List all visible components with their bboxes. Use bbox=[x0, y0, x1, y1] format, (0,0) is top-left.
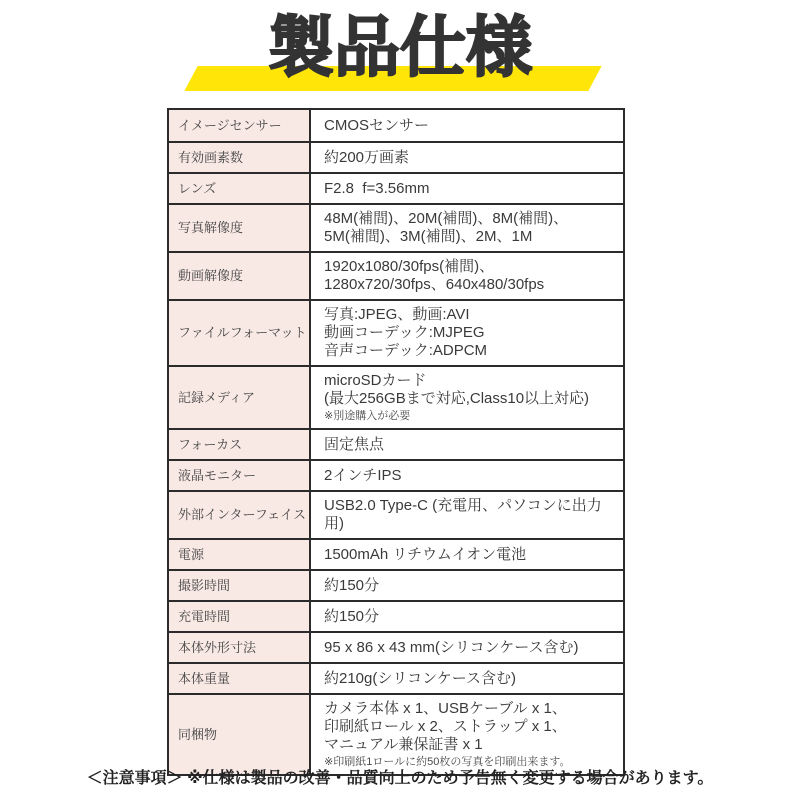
spec-label: 電源 bbox=[169, 540, 311, 569]
spec-label: 液晶モニター bbox=[169, 461, 311, 490]
spec-value-line: USB2.0 Type-C (充電用、パソコンに出力用) bbox=[324, 497, 617, 533]
spec-label: 本体外形寸法 bbox=[169, 633, 311, 662]
page-title: 製品仕様 bbox=[0, 6, 800, 89]
spec-value-line: 約210g(シリコンケース含む) bbox=[324, 670, 617, 688]
spec-value: 2インチIPS bbox=[311, 461, 623, 490]
spec-value-line: CMOSセンサー bbox=[324, 117, 617, 135]
spec-label: ファイルフォーマット bbox=[169, 301, 311, 365]
spec-value: 95 x 86 x 43 mm(シリコンケース含む) bbox=[311, 633, 623, 662]
spec-label: 動画解像度 bbox=[169, 253, 311, 299]
spec-value-note: ※別途購入が必要 bbox=[324, 409, 617, 423]
spec-value: 約200万画素 bbox=[311, 143, 623, 172]
spec-row: 動画解像度1920x1080/30fps(補間)、1280x720/30fps、… bbox=[169, 251, 623, 299]
spec-row: 本体重量約210g(シリコンケース含む) bbox=[169, 662, 623, 693]
spec-row: フォーカス固定焦点 bbox=[169, 428, 623, 459]
spec-row: ファイルフォーマット写真:JPEG、動画:AVI動画コーデック:MJPEG音声コ… bbox=[169, 299, 623, 365]
spec-value-line: microSDカード bbox=[324, 372, 617, 390]
spec-value-line: (最大256GBまで対応,Class10以上対応) bbox=[324, 390, 617, 408]
spec-value: 約210g(シリコンケース含む) bbox=[311, 664, 623, 693]
spec-row: 写真解像度48M(補間)、20M(補間)、8M(補間)、5M(補間)、3M(補間… bbox=[169, 203, 623, 251]
spec-label: イメージセンサー bbox=[169, 110, 311, 141]
spec-value: USB2.0 Type-C (充電用、パソコンに出力用) bbox=[311, 492, 623, 538]
spec-value-line: 1500mAh リチウムイオン電池 bbox=[324, 546, 617, 564]
spec-value: CMOSセンサー bbox=[311, 110, 623, 141]
spec-row: 充電時間約150分 bbox=[169, 600, 623, 631]
spec-value-line: 写真:JPEG、動画:AVI bbox=[324, 306, 617, 324]
spec-label: 撮影時間 bbox=[169, 571, 311, 600]
spec-label: 本体重量 bbox=[169, 664, 311, 693]
spec-value: 約150分 bbox=[311, 571, 623, 600]
spec-row: 電源1500mAh リチウムイオン電池 bbox=[169, 538, 623, 569]
spec-label: レンズ bbox=[169, 174, 311, 203]
spec-table: イメージセンサーCMOSセンサー有効画素数約200万画素レンズF2.8 f=3.… bbox=[167, 108, 625, 776]
spec-value: 1500mAh リチウムイオン電池 bbox=[311, 540, 623, 569]
spec-label: 充電時間 bbox=[169, 602, 311, 631]
spec-value-line: 1920x1080/30fps(補間)、 bbox=[324, 258, 617, 276]
spec-value-line: 1280x720/30fps、640x480/30fps bbox=[324, 276, 617, 294]
spec-row: レンズF2.8 f=3.56mm bbox=[169, 172, 623, 203]
spec-value: 1920x1080/30fps(補間)、1280x720/30fps、640x4… bbox=[311, 253, 623, 299]
spec-value-line: 48M(補間)、20M(補間)、8M(補間)、 bbox=[324, 210, 617, 228]
spec-label: 外部インターフェイス bbox=[169, 492, 311, 538]
title-section: 製品仕様 bbox=[0, 0, 800, 104]
spec-value-line: 95 x 86 x 43 mm(シリコンケース含む) bbox=[324, 639, 617, 657]
spec-value: 48M(補間)、20M(補間)、8M(補間)、5M(補間)、3M(補間)、2M、… bbox=[311, 205, 623, 251]
spec-value: カメラ本体 x 1、USBケーブル x 1、印刷紙ロール x 2、ストラップ x… bbox=[311, 695, 623, 774]
footnote: ＜注意事項＞ ※仕様は製品の改善・品質向上のため予告無く変更する場合があります。 bbox=[0, 765, 800, 788]
spec-value: F2.8 f=3.56mm bbox=[311, 174, 623, 203]
spec-row: 撮影時間約150分 bbox=[169, 569, 623, 600]
spec-value-line: 5M(補間)、3M(補間)、2M、1M bbox=[324, 228, 617, 246]
spec-row: 記録メディアmicroSDカード(最大256GBまで対応,Class10以上対応… bbox=[169, 365, 623, 428]
spec-value-line: 約150分 bbox=[324, 577, 617, 595]
spec-row: 有効画素数約200万画素 bbox=[169, 141, 623, 172]
spec-row: 外部インターフェイスUSB2.0 Type-C (充電用、パソコンに出力用) bbox=[169, 490, 623, 538]
spec-value-line: 2インチIPS bbox=[324, 467, 617, 485]
spec-label: 写真解像度 bbox=[169, 205, 311, 251]
spec-value-line: マニュアル兼保証書 x 1 bbox=[324, 736, 617, 754]
spec-label: 記録メディア bbox=[169, 367, 311, 428]
spec-value-line: 固定焦点 bbox=[324, 436, 617, 454]
spec-value-line: 約200万画素 bbox=[324, 149, 617, 167]
spec-value: 写真:JPEG、動画:AVI動画コーデック:MJPEG音声コーデック:ADPCM bbox=[311, 301, 623, 365]
spec-row: 本体外形寸法95 x 86 x 43 mm(シリコンケース含む) bbox=[169, 631, 623, 662]
spec-label: 同梱物 bbox=[169, 695, 311, 774]
spec-label: フォーカス bbox=[169, 430, 311, 459]
spec-value-line: 約150分 bbox=[324, 608, 617, 626]
spec-value-line: F2.8 f=3.56mm bbox=[324, 180, 617, 198]
spec-row: イメージセンサーCMOSセンサー bbox=[169, 110, 623, 141]
spec-value-line: 印刷紙ロール x 2、ストラップ x 1、 bbox=[324, 718, 617, 736]
spec-value-line: 動画コーデック:MJPEG bbox=[324, 324, 617, 342]
spec-row: 同梱物カメラ本体 x 1、USBケーブル x 1、印刷紙ロール x 2、ストラッ… bbox=[169, 693, 623, 774]
spec-row: 液晶モニター2インチIPS bbox=[169, 459, 623, 490]
spec-value: 固定焦点 bbox=[311, 430, 623, 459]
spec-value-line: カメラ本体 x 1、USBケーブル x 1、 bbox=[324, 700, 617, 718]
spec-value: 約150分 bbox=[311, 602, 623, 631]
spec-label: 有効画素数 bbox=[169, 143, 311, 172]
spec-value: microSDカード(最大256GBまで対応,Class10以上対応)※別途購入… bbox=[311, 367, 623, 428]
spec-value-line: 音声コーデック:ADPCM bbox=[324, 342, 617, 360]
